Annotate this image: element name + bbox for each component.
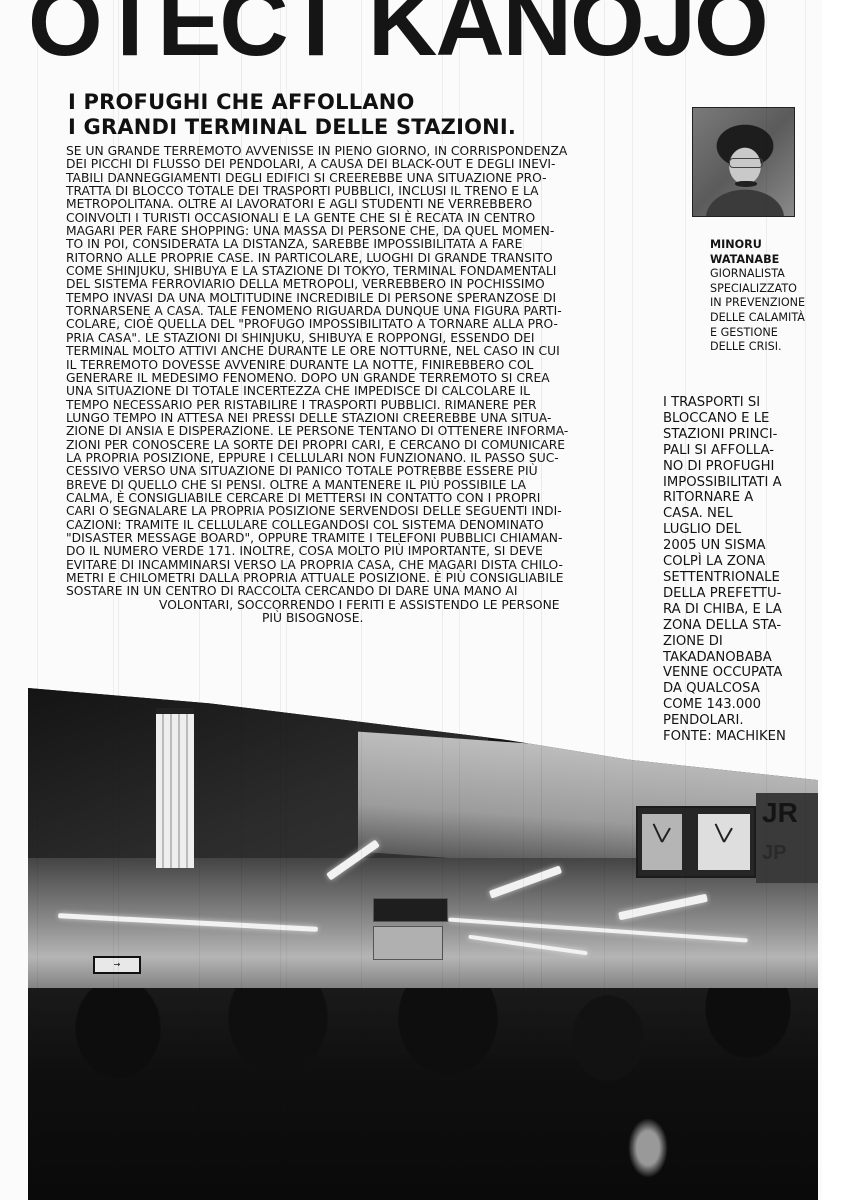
- body-line: CARI O SEGNALARE LA PROPRIA POSIZIONE SE…: [66, 505, 656, 518]
- author-bio: MINORU WATANABE GIORNALISTA SPECIALIZZAT…: [710, 238, 820, 355]
- body-line: DEL SISTEMA FERROVIARIO DELLA METROPOLI,…: [66, 278, 656, 291]
- author-name-line: MINORU: [710, 238, 820, 253]
- note-line: RITORNARE A: [663, 490, 822, 506]
- clock-hand: [723, 828, 733, 843]
- body-line: SE UN GRANDE TERREMOTO AVVENISSE IN PIEN…: [66, 145, 656, 158]
- body-line: ZIONE DI ANSIA E DISPERAZIONE. LE PERSON…: [66, 425, 656, 438]
- body-line: COME SHINJUKU, SHIBUYA E LA STAZIONE DI …: [66, 265, 656, 278]
- body-line: TO IN POI, CONSIDERATA LA DISTANZA, SARE…: [66, 238, 656, 251]
- note-line: STAZIONI PRINCI-: [663, 427, 822, 443]
- body-line: DEI PICCHI DI FLUSSO DEI PENDOLARI, A CA…: [66, 158, 656, 171]
- station-crowd-photo: → VIEW JR JP: [28, 688, 818, 1200]
- author-portrait-photo: [692, 107, 795, 217]
- magazine-page: OTECT KANOJO I PROFUGHI CHE AFFOLLANO I …: [0, 0, 822, 1200]
- note-line: COME 143.000: [663, 697, 822, 713]
- note-line: TAKADANOBABA: [663, 650, 822, 666]
- note-line: CASA. NEL: [663, 506, 822, 522]
- note-line: ZIONE DI: [663, 634, 822, 650]
- author-name-line: WATANABE: [710, 253, 820, 268]
- hanging-sign: [373, 926, 443, 960]
- note-line: I TRASPORTI SI: [663, 395, 822, 411]
- mustache-shape: [735, 181, 757, 187]
- note-line: DA QUALCOSA: [663, 681, 822, 697]
- note-line: NO DI PROFUGHI: [663, 459, 822, 475]
- body-line: TEMPO NECESSARIO PER RISTABILIRE I TRASP…: [66, 399, 656, 412]
- clock-hand: [661, 828, 671, 843]
- body-line: CALMA, È CONSIGLIABILE CERCARE DI METTER…: [66, 492, 656, 505]
- bio-line: SPECIALIZZATO: [710, 282, 820, 297]
- note-line: BLOCCANO E LE: [663, 411, 822, 427]
- body-line: CESSIVO VERSO UNA SITUAZIONE DI PANICO T…: [66, 465, 656, 478]
- clock-face: [642, 814, 682, 870]
- jr-sign: JR JP: [756, 793, 818, 883]
- body-line: TEMPO INVASI DA UNA MOLTITUDINE INCREDIB…: [66, 292, 656, 305]
- jr-sign-line: JP: [762, 833, 818, 873]
- body-line: BREVE DI QUELLO CHE SI PENSI. OLTRE A MA…: [66, 479, 656, 492]
- note-line: RA DI CHIBA, E LA: [663, 602, 822, 618]
- note-line: IMPOSSIBILITATI A: [663, 475, 822, 491]
- article-title-line: I GRANDI TERMINAL DELLE STAZIONI.: [68, 115, 628, 140]
- note-line: FONTE: MACHIKEN: [663, 729, 822, 745]
- body-line: PIÙ BISOGNOSE.: [66, 612, 656, 625]
- note-line: DELLA PREFETTU-: [663, 586, 822, 602]
- bio-line: DELLE CRISI.: [710, 340, 820, 355]
- body-line: UNA SITUAZIONE DI TOTALE INCERTEZZA CHE …: [66, 385, 656, 398]
- article-title: I PROFUGHI CHE AFFOLLANO I GRANDI TERMIN…: [68, 90, 628, 140]
- body-line: PRIA CASA". LE STAZIONI DI SHINJUKU, SHI…: [66, 332, 656, 345]
- exit-sign: →: [93, 956, 141, 974]
- masthead-title: OTECT KANOJO: [28, 0, 822, 68]
- sidebar-note: I TRASPORTI SI BLOCCANO E LE STAZIONI PR…: [663, 395, 822, 745]
- bio-line: IN PREVENZIONE: [710, 296, 820, 311]
- note-line: PENDOLARI.: [663, 713, 822, 729]
- body-line: METRI E CHILOMETRI DALLA PROPRIA ATTUALE…: [66, 572, 656, 585]
- body-line: TERMINAL MOLTO ATTIVI ANCHE DURANTE LE O…: [66, 345, 656, 358]
- body-line: TABILI DANNEGGIAMENTI DEGLI EDIFICI SI C…: [66, 172, 656, 185]
- note-line: LUGLIO DEL: [663, 522, 822, 538]
- body-line: SOSTARE IN UN CENTRO DI RACCOLTA CERCAND…: [66, 585, 656, 598]
- bio-line: GIORNALISTA: [710, 267, 820, 282]
- note-line: VENNE OCCUPATA: [663, 665, 822, 681]
- lit-person-shape: [628, 1118, 668, 1178]
- note-line: COLPÌ LA ZONA: [663, 554, 822, 570]
- body-line: TRATTA DI BLOCCO TOTALE DEI TRASPORTI PU…: [66, 185, 656, 198]
- hanging-sign: [373, 898, 448, 922]
- body-line: RITORNO ALLE PROPRIE CASE. IN PARTICOLAR…: [66, 252, 656, 265]
- body-line: COLARE, CIOÈ QUELLA DEL "PROFUGO IMPOSSI…: [66, 318, 656, 331]
- body-line: LUNGO TEMPO IN ATTESA NEI PRESSI DELLE S…: [66, 412, 656, 425]
- article-body: SE UN GRANDE TERREMOTO AVVENISSE IN PIEN…: [66, 145, 656, 625]
- note-line: 2005 UN SISMA: [663, 538, 822, 554]
- station-clock: [636, 806, 756, 878]
- note-line: PALI SI AFFOLLA-: [663, 443, 822, 459]
- body-line: METROPOLITANA. OLTRE AI LAVORATORI E AGL…: [66, 198, 656, 211]
- body-line: GENERARE IL MEDESIMO FENOMENO. DOPO UN G…: [66, 372, 656, 385]
- body-line: IL TERREMOTO DOVESSE AVVENIRE DURANTE LA…: [66, 359, 656, 372]
- bio-line: E GESTIONE: [710, 326, 820, 341]
- note-line: ZONA DELLA STA-: [663, 618, 822, 634]
- jr-sign-line: JR: [762, 793, 818, 833]
- note-line: SETTENTRIONALE: [663, 570, 822, 586]
- glasses-shape: [729, 158, 763, 168]
- body-line: EVITARE DI INCAMMINARSI VERSO LA PROPRIA…: [66, 559, 656, 572]
- body-line: MAGARI PER FARE SHOPPING: UNA MASSA DI P…: [66, 225, 656, 238]
- body-line: ZIONI PER CONOSCERE LA SORTE DEI PROPRI …: [66, 439, 656, 452]
- body-line: COINVOLTI I TURISTI OCCASIONALI E LA GEN…: [66, 212, 656, 225]
- bio-line: DELLE CALAMITÀ: [710, 311, 820, 326]
- hanging-light-tube: [156, 708, 194, 868]
- crowd-silhouettes: [28, 988, 818, 1200]
- body-line: DO IL NUMERO VERDE 171. INOLTRE, COSA MO…: [66, 545, 656, 558]
- clock-face: [698, 814, 750, 870]
- article-title-line: I PROFUGHI CHE AFFOLLANO: [68, 90, 628, 115]
- body-line: CAZIONI: TRAMITE IL CELLULARE COLLEGANDO…: [66, 519, 656, 532]
